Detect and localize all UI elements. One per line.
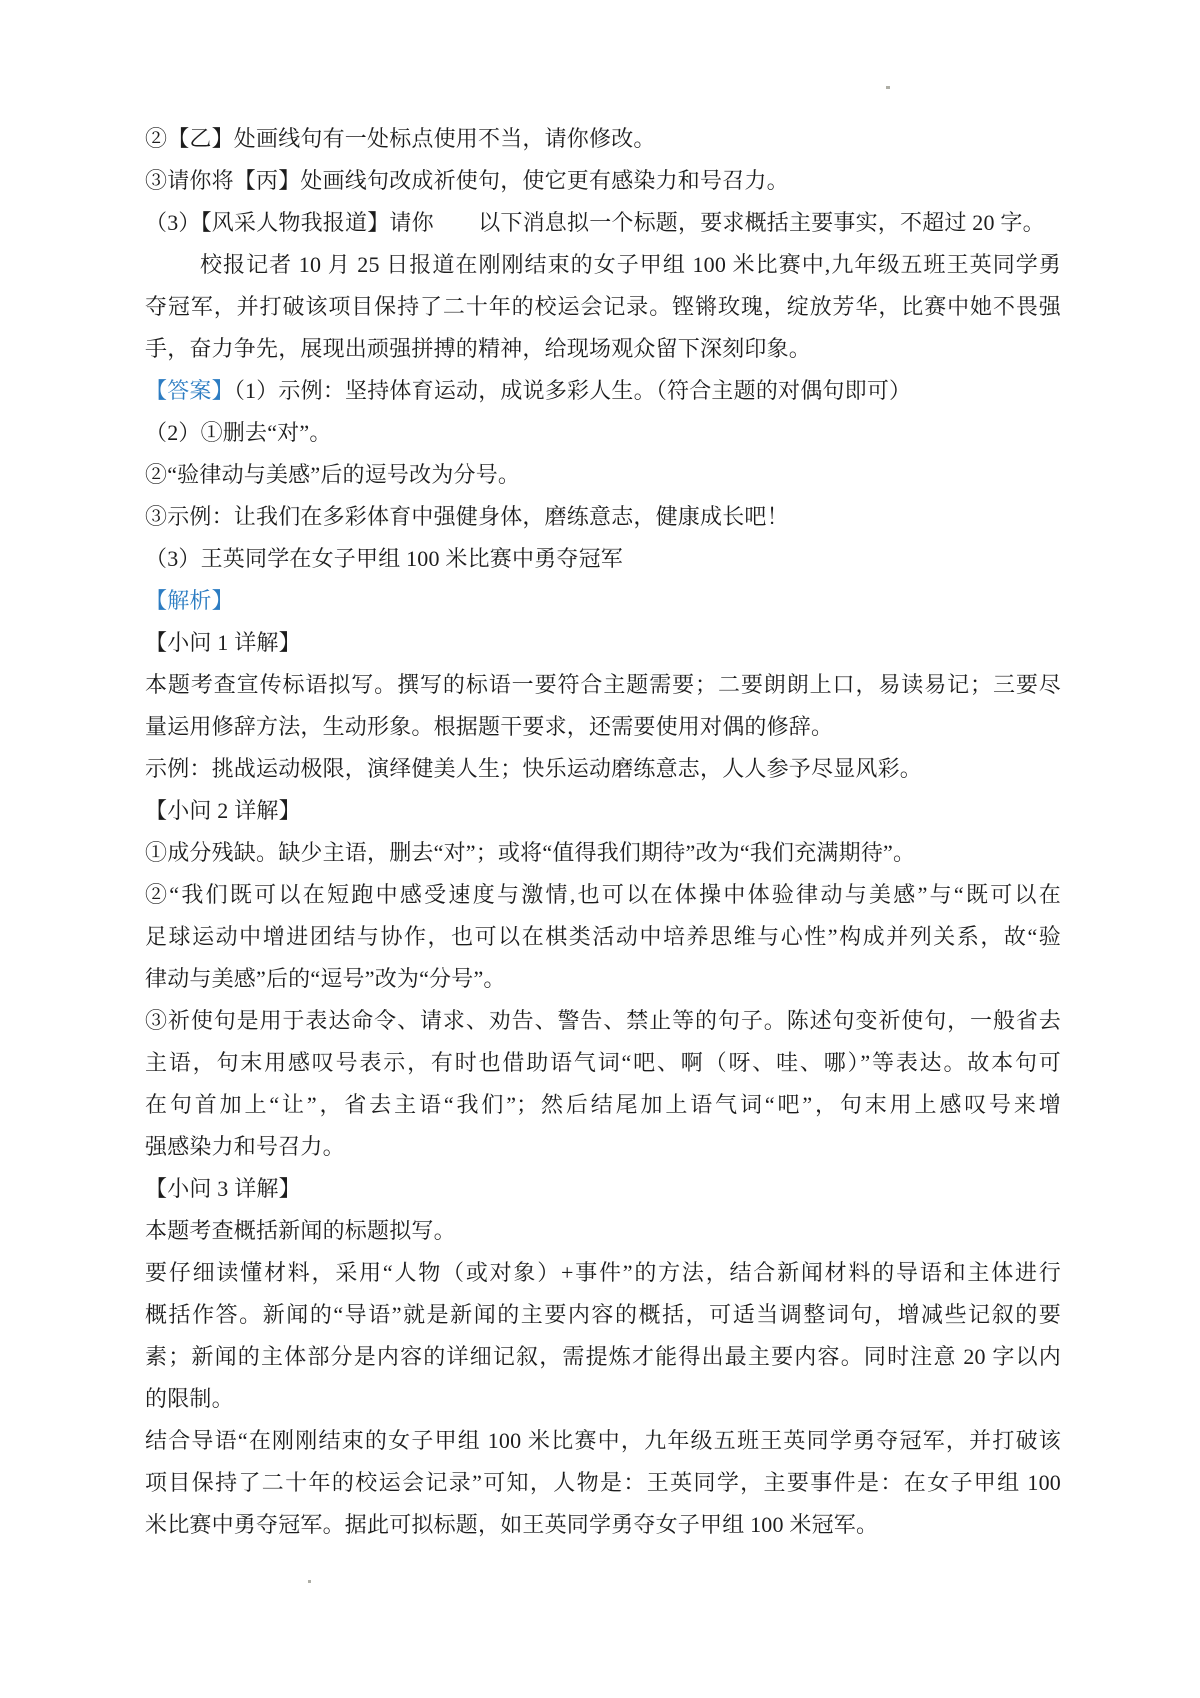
line-text: 【小问 1 详解】 [145, 630, 301, 655]
scan-artifact-dot [886, 86, 890, 89]
line-text: 足球运动中增进团结与协作，也可以在棋类活动中培养思维与心性”构成并列关系，故“验 [145, 924, 1061, 949]
line-text: 本题考查宣传标语拟写。撰写的标语一要符合主题需要；二要朗朗上口，易读易记；三要尽 [145, 672, 1061, 697]
line-text: 项目保持了二十年的校运会记录”可知，人物是：王英同学，主要事件是：在女子甲组 1… [145, 1470, 1061, 1495]
line-text: 校报记者 10 月 25 日报道在刚刚结束的女子甲组 100 米比赛中,九年级五… [200, 252, 1061, 277]
text-line: 主语，句末用感叹号表示，有时也借助语气词“吧、啊（呀、哇、哪）”等表达。故本句可 [145, 1042, 1061, 1084]
text-line: 强感染力和号召力。 [145, 1126, 1061, 1168]
line-text: 米比赛中勇夺冠军。据此可拟标题，如王英同学勇夺女子甲组 100 米冠军。 [145, 1512, 878, 1537]
text-line: 项目保持了二十年的校运会记录”可知，人物是：王英同学，主要事件是：在女子甲组 1… [145, 1462, 1061, 1504]
text-line: 概括作答。新闻的“导语”就是新闻的主要内容的概括，可适当调整词句，增减些记叙的要 [145, 1294, 1061, 1336]
text-line: 夺冠军，并打破该项目保持了二十年的校运会记录。铿锵玫瑰，绽放芳华，比赛中她不畏强 [145, 286, 1061, 328]
text-line: （3）王英同学在女子甲组 100 米比赛中勇夺冠军 [145, 538, 1061, 580]
text-line: 【答案】（1）示例：坚持体育运动，成说多彩人生。（符合主题的对偶句即可） [145, 370, 1061, 412]
text-line: 结合导语“在刚刚结束的女子甲组 100 米比赛中，九年级五班王英同学勇夺冠军，并… [145, 1420, 1061, 1462]
text-line: ③示例：让我们在多彩体育中强健身体，磨练意志，健康成长吧！ [145, 496, 1061, 538]
line-text: 结合导语“在刚刚结束的女子甲组 100 米比赛中，九年级五班王英同学勇夺冠军，并… [145, 1428, 1061, 1453]
line-text: 【小问 3 详解】 [145, 1176, 301, 1201]
text-line: ①成分残缺。缺少主语，删去“对”；或将“值得我们期待”改为“我们充满期待”。 [145, 832, 1061, 874]
line-text: 主语，句末用感叹号表示，有时也借助语气词“吧、啊（呀、哇、哪）”等表达。故本句可 [145, 1050, 1061, 1075]
line-text: 强感染力和号召力。 [145, 1134, 345, 1159]
text-line: 律动与美感”后的“逗号”改为“分号”。 [145, 958, 1061, 1000]
line-text: ①成分残缺。缺少主语，删去“对”；或将“值得我们期待”改为“我们充满期待”。 [145, 840, 915, 865]
text-line: 本题考查宣传标语拟写。撰写的标语一要符合主题需要；二要朗朗上口，易读易记；三要尽 [145, 664, 1061, 706]
text-line: 足球运动中增进团结与协作，也可以在棋类活动中培养思维与心性”构成并列关系，故“验 [145, 916, 1061, 958]
text-line: 米比赛中勇夺冠军。据此可拟标题，如王英同学勇夺女子甲组 100 米冠军。 [145, 1504, 1061, 1546]
text-line: 示例：挑战运动极限，演绎健美人生；快乐运动磨练意志，人人参予尽显风彩。 [145, 748, 1061, 790]
text-line: 【小问 2 详解】 [145, 790, 1061, 832]
line-text: ③示例：让我们在多彩体育中强健身体，磨练意志，健康成长吧！ [145, 504, 789, 529]
line-text: ②“验律动与美感”后的逗号改为分号。 [145, 462, 520, 487]
line-text: ②“我们既可以在短跑中感受速度与激情,也可以在体操中体验律动与美感”与“既可以在 [145, 882, 1061, 907]
line-text: ②【乙】处画线句有一处标点使用不当，请你修改。 [145, 126, 656, 151]
line-text: 素；新闻的主体部分是内容的详细记叙，需提炼才能得出最主要内容。同时注意 20 字… [145, 1344, 1061, 1369]
line-text: （2）①删去“对”。 [145, 420, 332, 445]
line-text: 本题考查概括新闻的标题拟写。 [145, 1218, 456, 1243]
line-text: 律动与美感”后的“逗号”改为“分号”。 [145, 966, 506, 991]
text-line: ②“验律动与美感”后的逗号改为分号。 [145, 454, 1061, 496]
text-line: ②【乙】处画线句有一处标点使用不当，请你修改。 [145, 118, 1061, 160]
text-line: 本题考查概括新闻的标题拟写。 [145, 1210, 1061, 1252]
text-line: 在句首加上“让”，省去主语“我们”；然后结尾加上语气词“吧”，句末用上感叹号来增 [145, 1084, 1061, 1126]
scan-artifact-dot [308, 1580, 311, 1583]
line-text: 在句首加上“让”，省去主语“我们”；然后结尾加上语气词“吧”，句末用上感叹号来增 [145, 1092, 1061, 1117]
text-line: 手，奋力争先，展现出顽强拼搏的精神，给现场观众留下深刻印象。 [145, 328, 1061, 370]
line-text: （1）示例：坚持体育运动，成说多彩人生。（符合主题的对偶句即可） [234, 378, 911, 403]
text-line: 【解析】 [145, 580, 1061, 622]
text-line: 的限制。 [145, 1378, 1061, 1420]
text-line: 【小问 1 详解】 [145, 622, 1061, 664]
line-text: 【小问 2 详解】 [145, 798, 301, 823]
text-line: 校报记者 10 月 25 日报道在刚刚结束的女子甲组 100 米比赛中,九年级五… [145, 244, 1061, 286]
line-text: 量运用修辞方法，生动形象。根据题干要求，还需要使用对偶的修辞。 [145, 714, 833, 739]
document-page: ②【乙】处画线句有一处标点使用不当，请你修改。③请你将【丙】处画线句改成祈使句，… [0, 0, 1200, 1698]
text-line: ②“我们既可以在短跑中感受速度与激情,也可以在体操中体验律动与美感”与“既可以在 [145, 874, 1061, 916]
line-text: （3）【风采人物我报道】请你 以下消息拟一个标题，要求概括主要事实，不超过 20… [145, 210, 1045, 235]
text-line: ③祈使句是用于表达命令、请求、劝告、警告、禁止等的句子。陈述句变祈使句，一般省去 [145, 1000, 1061, 1042]
line-text: 夺冠军，并打破该项目保持了二十年的校运会记录。铿锵玫瑰，绽放芳华，比赛中她不畏强 [145, 294, 1061, 319]
text-line: （2）①删去“对”。 [145, 412, 1061, 454]
line-text: 要仔细读懂材料，采用“人物（或对象）+事件”的方法，结合新闻材料的导语和主体进行 [145, 1260, 1061, 1285]
line-text: ③请你将【丙】处画线句改成祈使句，使它更有感染力和号召力。 [145, 168, 789, 193]
document-body: ②【乙】处画线句有一处标点使用不当，请你修改。③请你将【丙】处画线句改成祈使句，… [145, 118, 1061, 1546]
line-text: 的限制。 [145, 1386, 234, 1411]
line-text: （3）王英同学在女子甲组 100 米比赛中勇夺冠军 [145, 546, 623, 571]
analysis-label: 【解析】 [145, 588, 234, 613]
line-text: 概括作答。新闻的“导语”就是新闻的主要内容的概括，可适当调整词句，增减些记叙的要 [145, 1302, 1061, 1327]
text-line: 量运用修辞方法，生动形象。根据题干要求，还需要使用对偶的修辞。 [145, 706, 1061, 748]
text-line: 素；新闻的主体部分是内容的详细记叙，需提炼才能得出最主要内容。同时注意 20 字… [145, 1336, 1061, 1378]
line-text: ③祈使句是用于表达命令、请求、劝告、警告、禁止等的句子。陈述句变祈使句，一般省去 [145, 1008, 1061, 1033]
line-text: 手，奋力争先，展现出顽强拼搏的精神，给现场观众留下深刻印象。 [145, 336, 811, 361]
text-line: 【小问 3 详解】 [145, 1168, 1061, 1210]
line-text: 示例：挑战运动极限，演绎健美人生；快乐运动磨练意志，人人参予尽显风彩。 [145, 756, 922, 781]
answer-label: 【答案】 [145, 378, 234, 403]
text-line: 要仔细读懂材料，采用“人物（或对象）+事件”的方法，结合新闻材料的导语和主体进行 [145, 1252, 1061, 1294]
text-line: （3）【风采人物我报道】请你 以下消息拟一个标题，要求概括主要事实，不超过 20… [145, 202, 1061, 244]
text-line: ③请你将【丙】处画线句改成祈使句，使它更有感染力和号召力。 [145, 160, 1061, 202]
